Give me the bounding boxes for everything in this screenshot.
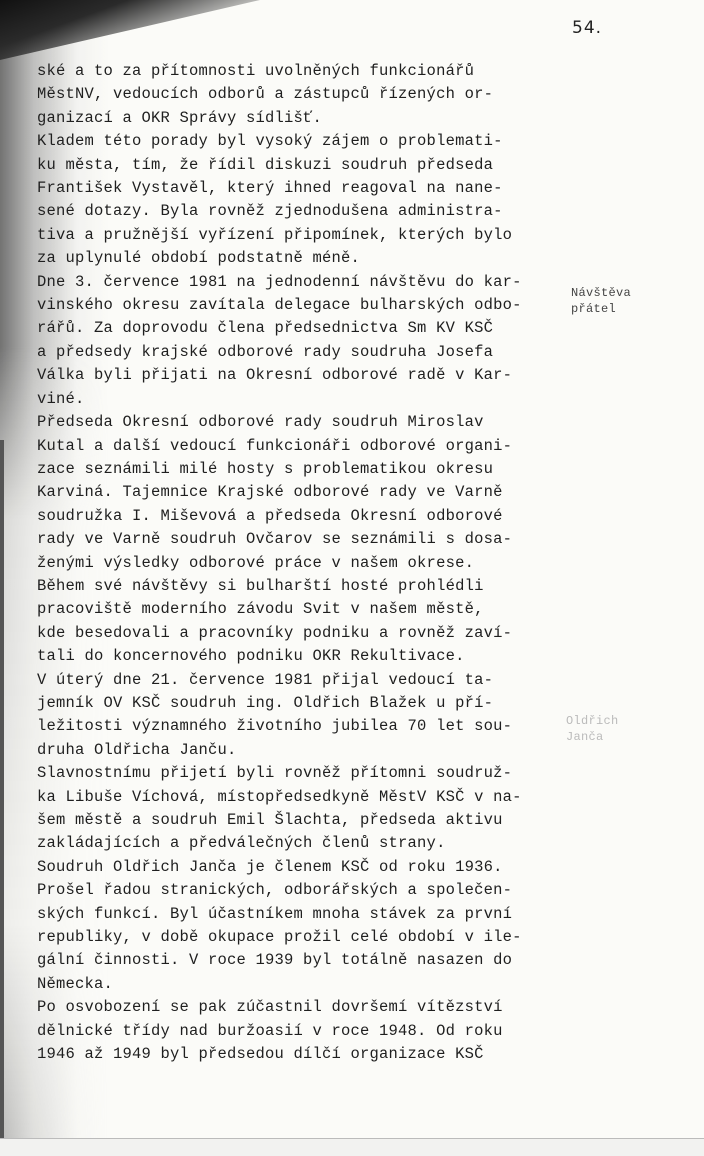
paragraph: Slavnostnímu přijetí byli rovněž přítomn… xyxy=(37,762,557,996)
typewritten-body: ské a to za přítomnosti uvolněných funkc… xyxy=(37,60,557,1066)
margin-note-janca: Oldřich Janča xyxy=(566,713,619,745)
text-line: Dne 3. července 1981 na jednodenní návšt… xyxy=(37,271,557,294)
text-line: kde besedovali a pracovníky podniku a ro… xyxy=(37,622,557,645)
text-line: Německa. xyxy=(37,973,557,996)
margin-note-line: Janča xyxy=(566,729,619,745)
text-line: a předsedy krajské odborové rady soudruh… xyxy=(37,341,557,364)
text-line: Kutal a další vedoucí funkcionáři odboro… xyxy=(37,435,557,458)
text-line: rářů. Za doprovodu člena předsednictva S… xyxy=(37,317,557,340)
text-line: ské a to za přítomnosti uvolněných funkc… xyxy=(37,60,557,83)
text-line: Karviná. Tajemnice Krajské odborové rady… xyxy=(37,481,557,504)
text-line: Po osvobození se pak zúčastnil dovršemí … xyxy=(37,996,557,1019)
text-line: sené dotazy. Byla rovněž zjednodušena ad… xyxy=(37,200,557,223)
paragraph: Po osvobození se pak zúčastnil dovršemí … xyxy=(37,996,557,1066)
text-line: Slavnostnímu přijetí byli rovněž přítomn… xyxy=(37,762,557,785)
text-line: zace seznámili milé hosty s problematiko… xyxy=(37,458,557,481)
text-line: rady ve Varně soudruh Ovčarov se seznámi… xyxy=(37,528,557,551)
paragraph: Dne 3. července 1981 na jednodenní návšt… xyxy=(37,271,557,411)
text-line: 1946 až 1949 byl předsedou dílčí organiz… xyxy=(37,1043,557,1066)
text-line: Soudruh Oldřich Janča je členem KSČ od r… xyxy=(37,856,557,879)
text-line: MěstNV, vedoucích odborů a zástupců říze… xyxy=(37,83,557,106)
text-line: pracoviště moderního závodu Svit v našem… xyxy=(37,598,557,621)
text-line: ležitosti významného životního jubilea 7… xyxy=(37,715,557,738)
text-line: ku města, tím, že řídil diskuzi soudruh … xyxy=(37,154,557,177)
margin-note-visit: Návštěva přátel xyxy=(571,285,631,317)
document-page: 54. ské a to za přítomnosti uvolněných f… xyxy=(0,0,704,1156)
scan-edge xyxy=(0,440,4,1156)
text-line: vinského okresu zavítala delegace bulhar… xyxy=(37,294,557,317)
text-line: Válka byli přijati na Okresní odborové r… xyxy=(37,364,557,387)
paragraph: Kladem této porady byl vysoký zájem o pr… xyxy=(37,130,557,270)
text-line: ženými výsledky odborové práce v našem o… xyxy=(37,552,557,575)
next-line-cutoff xyxy=(0,1138,704,1156)
margin-note-line: Oldřich xyxy=(566,713,619,729)
text-line: šem městě a soudruh Emil Šlachta, předse… xyxy=(37,809,557,832)
text-line: soudružka I. Miševová a předseda Okresní… xyxy=(37,505,557,528)
text-line: gální činnosti. V roce 1939 byl totálně … xyxy=(37,949,557,972)
margin-note-line: přátel xyxy=(571,301,631,317)
margin-note-line: Návštěva xyxy=(571,285,631,301)
text-line: republiky, v době okupace prožil celé ob… xyxy=(37,926,557,949)
text-line: V úterý dne 21. července 1981 přijal ved… xyxy=(37,669,557,692)
paragraph: V úterý dne 21. července 1981 přijal ved… xyxy=(37,669,557,763)
text-line: tiva a pružnější vyřízení připomínek, kt… xyxy=(37,224,557,247)
page-number: 54. xyxy=(572,18,602,38)
text-line: viné. xyxy=(37,388,557,411)
text-line: dělnické třídy nad buržoasií v roce 1948… xyxy=(37,1020,557,1043)
text-line: Předseda Okresní odborové rady soudruh M… xyxy=(37,411,557,434)
paragraph: Předseda Okresní odborové rady soudruh M… xyxy=(37,411,557,668)
paragraph: ské a to za přítomnosti uvolněných funkc… xyxy=(37,60,557,130)
scan-shadow-top xyxy=(0,0,260,60)
text-line: ských funkcí. Byl účastníkem mnoha stáve… xyxy=(37,903,557,926)
text-line: Během své návštěvy si bulharští hosté pr… xyxy=(37,575,557,598)
text-line: ka Libuše Víchová, místopředsedkyně Měst… xyxy=(37,786,557,809)
text-line: jemník OV KSČ soudruh ing. Oldřich Blaže… xyxy=(37,692,557,715)
text-line: Kladem této porady byl vysoký zájem o pr… xyxy=(37,130,557,153)
text-line: ganizací a OKR Správy sídlišť. xyxy=(37,107,557,130)
text-line: zakládajících a předválečných členů stra… xyxy=(37,832,557,855)
text-line: druha Oldřicha Janču. xyxy=(37,739,557,762)
text-line: František Vystavěl, který ihned reagoval… xyxy=(37,177,557,200)
text-line: tali do koncernového podniku OKR Rekulti… xyxy=(37,645,557,668)
text-line: Prošel řadou stranických, odborářských a… xyxy=(37,879,557,902)
text-line: za uplynulé období podstatně méně. xyxy=(37,247,557,270)
